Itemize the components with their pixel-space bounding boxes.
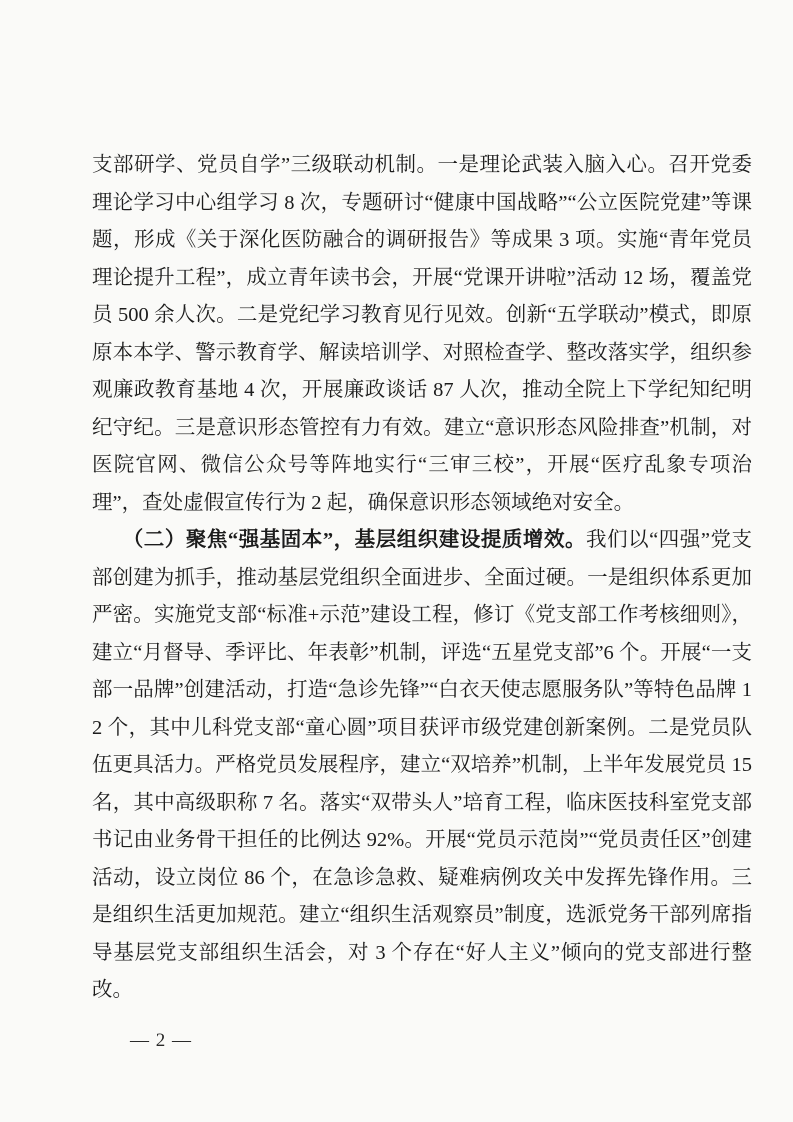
section-2-text: 我们以“四强”党支部创建为抓手，推动基层党组织全面进步、全面过硬。一是组织体系更…: [92, 529, 752, 1001]
page-number: — 2 —: [130, 1029, 192, 1053]
document-page: 支部研学、党员自学”三级联动机制。一是理论武装入脑入心。召开党委理论学习中心组学…: [0, 0, 793, 1122]
paragraph-section-2: （二）聚焦“强基固本”，基层组织建设提质增效。我们以“四强”党支部创建为抓手，推…: [92, 522, 752, 1010]
section-2-heading: （二）聚焦“强基固本”，基层组织建设提质增效。: [123, 529, 586, 551]
paragraph-continuation: 支部研学、党员自学”三级联动机制。一是理论武装入脑入心。召开党委理论学习中心组学…: [92, 147, 752, 522]
document-body: 支部研学、党员自学”三级联动机制。一是理论武装入脑入心。召开党委理论学习中心组学…: [92, 147, 752, 1010]
paragraph-continuation-text: 支部研学、党员自学”三级联动机制。一是理论武装入脑入心。召开党委理论学习中心组学…: [92, 154, 752, 514]
